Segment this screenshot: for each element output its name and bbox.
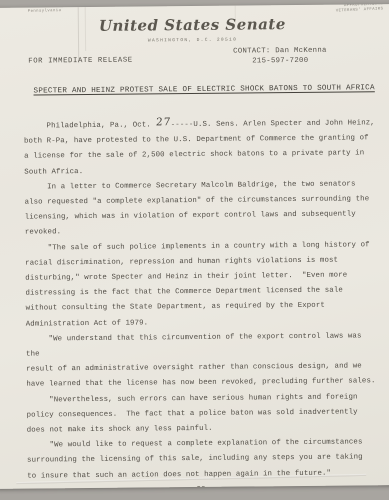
contact-name: CONTACT: Dan McKenna bbox=[233, 46, 327, 57]
letterhead-address: WASHINGTON, D.C. 20510 bbox=[0, 36, 389, 45]
headline: SPECTER AND HEINZ PROTEST SALE OF ELECTR… bbox=[33, 84, 374, 95]
press-release-page: ARLEN SPECTER Pennsylvania APPROPRIATION… bbox=[0, 4, 389, 489]
scanned-press-release: { "letterhead": { "sender_name": "ARLEN … bbox=[0, 0, 389, 500]
paragraph-2: In a letter to Commerce Secretary Malcol… bbox=[24, 177, 377, 241]
letterhead-title: United States Senate bbox=[0, 14, 389, 36]
paragraph-1: Philadelphia, Pa., Oct. 27-----U.S. Sens… bbox=[24, 116, 377, 180]
letterhead-committees: APPROPRIATIONS VETERANS' AFFAIRS bbox=[336, 4, 384, 14]
body-text: Philadelphia, Pa., Oct. 27-----U.S. Sens… bbox=[24, 116, 380, 489]
paragraph-4: "We understand that this circumvention o… bbox=[26, 329, 379, 393]
contact-block: CONTACT: Dan McKenna 215-597-7200 bbox=[233, 46, 327, 67]
contact-phone: 215-597-7200 bbox=[233, 56, 327, 67]
sender-state: Pennsylvania bbox=[28, 9, 65, 15]
release-label: FOR IMMEDIATE RELEASE bbox=[28, 57, 133, 66]
paragraph-5: "Nevertheless, such errors can have seri… bbox=[26, 390, 378, 439]
paragraph-3: "The sale of such police implements in a… bbox=[25, 238, 378, 333]
paragraph-1-prefix: Philadelphia, Pa., Oct. bbox=[24, 121, 156, 130]
letterhead-sender: ARLEN SPECTER Pennsylvania bbox=[28, 4, 65, 15]
paragraph-6: "We would like to request a complete exp… bbox=[27, 436, 379, 485]
